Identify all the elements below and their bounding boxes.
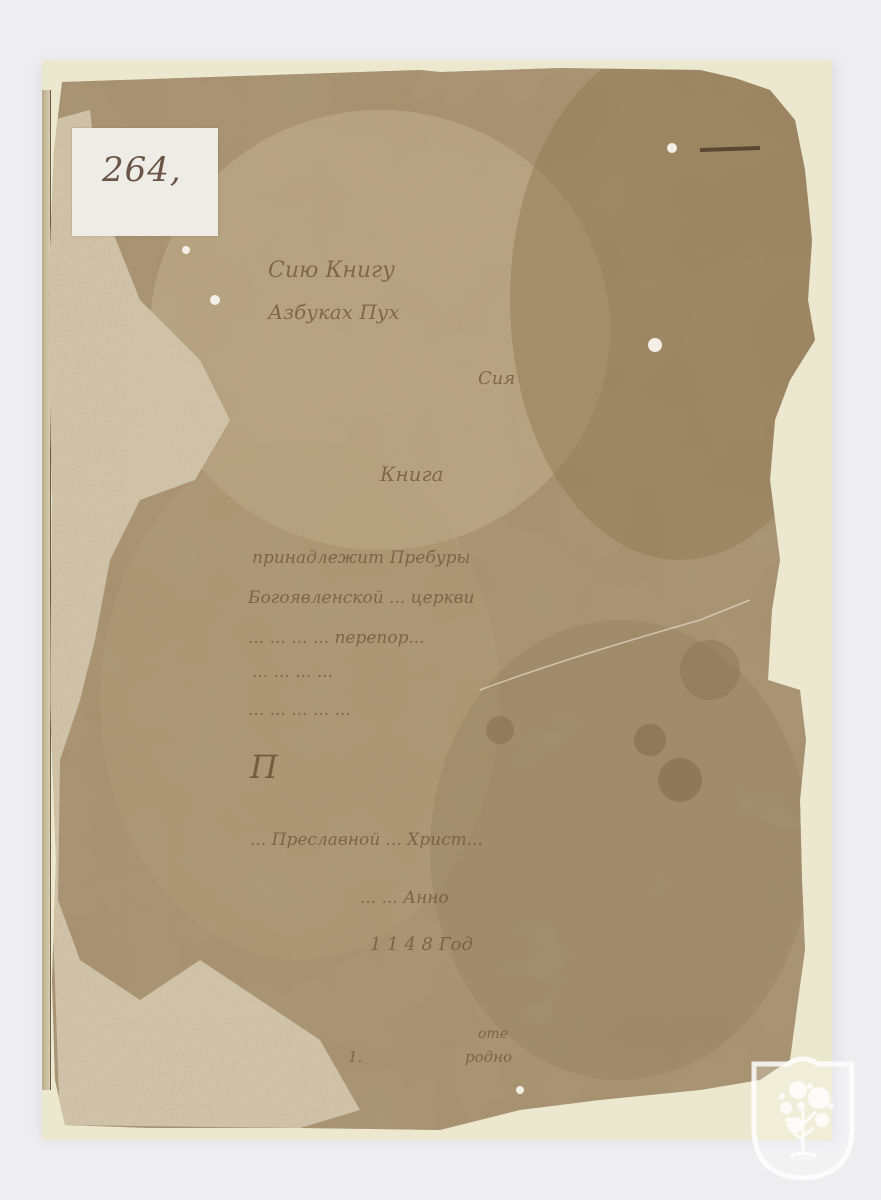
handwriting-line: П <box>250 748 278 786</box>
handwriting-line: 1. <box>348 1048 362 1066</box>
handwriting-line: ... ... ... ... ... <box>248 700 351 720</box>
catalog-number-label: 264, <box>72 128 218 236</box>
catalog-number: 264, <box>102 150 182 190</box>
handwriting-line: 1 1 4 8 Год <box>370 934 473 955</box>
handwriting-line: родно <box>465 1048 512 1066</box>
handwriting-line: ... ... ... ... перепор... <box>248 628 425 648</box>
handwriting-line: Богоявленской ... церкви <box>248 588 474 608</box>
handwriting-line: Сию Книгу <box>268 258 395 283</box>
handwriting-line: ... ... ... ... <box>252 662 333 682</box>
handwriting-line: ... ... Анно <box>360 888 449 908</box>
handwriting-line: принадлежит Пребуры <box>252 548 470 568</box>
handwriting-line: Книга <box>380 462 444 486</box>
handwriting-line: Азбуках Пух <box>268 300 400 324</box>
tsu-watermark: TSU <box>746 1050 860 1182</box>
handwriting-line: Сия <box>478 368 515 389</box>
handwriting-line: оте <box>478 1026 508 1042</box>
handwriting-line: ... Преславной ... Христ... <box>250 830 483 850</box>
watermark-text: TSU <box>746 1153 860 1164</box>
